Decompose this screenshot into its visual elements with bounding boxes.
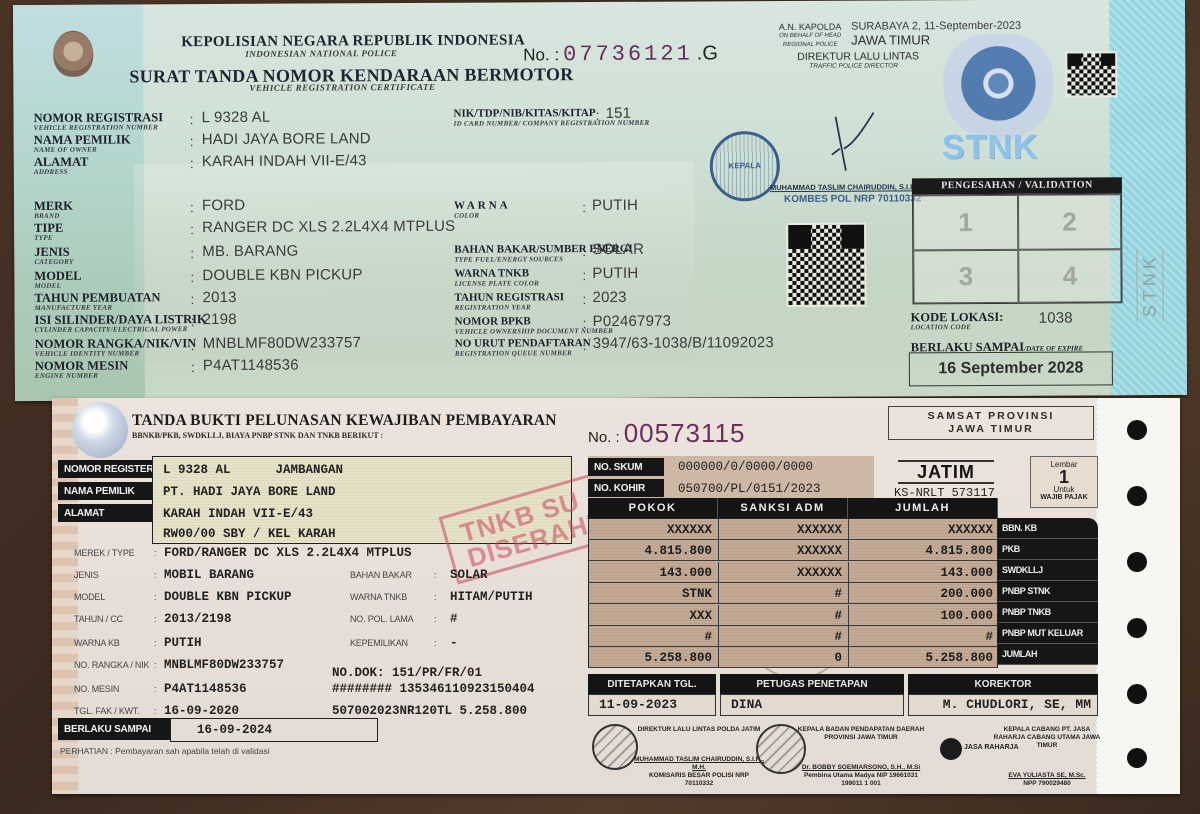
field-colon: : (434, 614, 436, 624)
field-label-en: VEHICLE OWNERSHIP DOCUMENT NUMBER (455, 327, 613, 336)
officer-value: DINA (720, 694, 904, 716)
masked-code-line: ######## 135346110923150404 (332, 682, 535, 696)
field-colon: : (582, 291, 586, 307)
payment-table: XXXXXXXXXXXXXXXXXX4.815.800XXXXXX4.815.8… (588, 518, 998, 668)
vehicle-field-label: JENIS (74, 570, 99, 580)
field-label-en: CYLINDER CAPACITY/ELECTRICAL POWER (35, 325, 207, 334)
vehicle-field-value: 16-09-2020 (164, 704, 239, 718)
field-label-en: VEHICLE REGISTRATION NUMBER (34, 123, 164, 132)
field-value: PUTIH (592, 197, 638, 214)
field-value: 2023 (592, 289, 626, 306)
location-code-label: KODE LOKASI:LOCATION CODE (911, 312, 1004, 331)
doc-number-value: 07736121 (563, 42, 693, 68)
stnk-card: KEPOLISIAN NEGARA REPUBLIK INDONESIA IND… (13, 0, 1187, 401)
vehicle-field-label: TGL. FAK / KWT. (74, 706, 140, 716)
field-label-text: MERK (34, 199, 73, 213)
field-label-text: TIPE (34, 221, 63, 235)
vehicle-field-label: NO. MESIN (74, 684, 119, 694)
field-value: P4AT1148536 (203, 357, 299, 375)
signatory-rank: KOMBES POL NRP 70110332 (784, 193, 922, 205)
owner-line-address-2: RW00/00 SBY / KEL KARAH (163, 527, 336, 541)
vehicle-field-label: WARNA TNKB (350, 592, 407, 602)
cell-sanksi: # (719, 583, 849, 604)
skum-value: 000000/0/0000/0000 (678, 460, 813, 474)
doc-number-suffix: .G (697, 42, 718, 65)
document-title-en: VEHICLE REGISTRATION CERTIFICATE (249, 82, 435, 93)
cell-pokok: XXX (589, 605, 719, 626)
receipt-number: No. : 00573115 (588, 418, 745, 449)
field-colon: : (154, 548, 156, 558)
table-row: STNK#200.000 (589, 583, 997, 604)
table-row: ### (589, 626, 997, 647)
field-label-en: REGISTRATION YEAR (455, 303, 565, 312)
cell-jumlah: 5.258.800 (849, 647, 999, 668)
vehicle-field-value: FORD/RANGER DC XLS 2.2L4X4 MTPLUS (164, 546, 412, 560)
row-category-label: PKB (998, 539, 1098, 560)
vehicle-field-label: TAHUN / CC (74, 614, 123, 624)
validation-cell-4: 4 (1018, 249, 1121, 303)
col-header-sanksi: SANKSI ADM (718, 498, 848, 518)
vehicle-field-value: DOUBLE KBN PICKUP (164, 590, 292, 604)
row-category-label: JUMLAH (998, 644, 1098, 665)
field-colon: : (154, 660, 156, 670)
corrector-label: KOREKTOR (908, 674, 1098, 694)
field-colon: : (190, 111, 194, 127)
field-label-en: TYPE (34, 234, 63, 242)
field-label: MODELMODEL (34, 271, 81, 290)
row-category-label: PNBP TNKB (998, 602, 1098, 623)
skum-label: NO. SKUM (588, 458, 664, 476)
field-value: MB. BARANG (202, 243, 298, 261)
cell-jumlah: 143.000 (849, 562, 999, 583)
field-label-en: MANUFACTURE YEAR (35, 303, 161, 312)
table-row: XXXXXXXXXXXXXXXXXX (589, 519, 997, 540)
tractor-feed-strip (1096, 398, 1180, 794)
field-colon: : (190, 199, 194, 215)
field-label: ISI SILINDER/DAYA LISTRIKCYLINDER CAPACI… (35, 314, 207, 334)
field-colon: : (434, 638, 436, 648)
payment-receipt: TANDA BUKTI PELUNASAN KEWAJIBAN PEMBAYAR… (52, 398, 1180, 794)
officer-label: PETUGAS PENETAPAN (720, 674, 904, 694)
cell-pokok: STNK (589, 583, 719, 604)
owner-line-register: L 9328 AL JAMBANGAN (163, 463, 343, 477)
jasa-raharja-logo-icon (940, 738, 962, 760)
field-colon: : (190, 133, 194, 149)
row-category-label: PNBP MUT KELUAR (998, 623, 1098, 644)
field-colon: : (596, 107, 600, 123)
field-value: RANGER DC XLS 2.2L4X4 MTPLUS (202, 218, 455, 236)
document-number-line: NO.DOK: 151/PR/FR/01 (332, 666, 482, 680)
vehicle-field-value: PUTIH (164, 636, 202, 650)
cell-pokok: # (589, 626, 719, 647)
cell-jumlah: 100.000 (849, 605, 999, 626)
field-label: NO URUT PENDAFTARANREGISTRATION QUEUE NU… (455, 338, 591, 358)
field-label-en: ENGINE NUMBER (35, 371, 128, 379)
field-value: P02467973 (593, 313, 672, 330)
field-label: ALAMATADDRESS (34, 157, 89, 176)
field-value: MNBLMF80DW233757 (203, 334, 361, 352)
cell-sanksi: XXXXXX (719, 519, 849, 540)
vehicle-field-value: SOLAR (450, 568, 488, 582)
payment-category-labels: BBN. KBPKBSWDKLLJPNBP STNKPNBP TNKBPNBP … (998, 518, 1098, 668)
vehicle-field-value: # (450, 612, 458, 626)
receipt-number-value: 00573115 (624, 418, 746, 449)
field-colon: : (583, 337, 587, 353)
vehicle-field-label: NO. POL. LAMA (350, 614, 413, 624)
field-label-en: ADDRESS (34, 168, 89, 176)
cell-sanksi: 0 (719, 647, 849, 668)
field-label-text: WARNA TNKB (454, 267, 529, 279)
field-colon: : (190, 269, 194, 285)
valid-until-label: BERLAKU SAMPAI (58, 718, 170, 740)
cell-sanksi: XXXXXX (719, 562, 849, 583)
row-category-label: BBN. KB (998, 518, 1098, 539)
corrector-value: M. CHUDLORI, SE, MM (908, 694, 1098, 716)
receipt-subtitle: BBNKB/PKB, SWDKLLJ, BIAYA PNBP STNK DAN … (132, 431, 383, 440)
owner-line-name: PT. HADI JAYA BORE LAND (163, 485, 336, 499)
set-date-label: DITETAPKAN TGL. (588, 674, 716, 694)
field-label-text: MODEL (34, 269, 81, 283)
table-row: 143.000XXXXXX143.000 (589, 562, 997, 583)
field-colon: : (154, 570, 156, 580)
validation-header: PENGESAHAN / VALIDATION (912, 177, 1122, 194)
field-label: WARNA TNKBLICENSE PLATE COLOR (454, 268, 539, 287)
kohir-label: NO. KOHIR (588, 479, 664, 497)
samsat-box: SAMSAT PROVINSI JAWA TIMUR (888, 406, 1094, 440)
police-emblem-icon (53, 31, 93, 77)
field-label: JENISCATEGORY (34, 247, 73, 266)
document-number: No. : 07736121 .G (523, 41, 718, 67)
owner-line-address: KARAH INDAH VII-E/43 (163, 507, 313, 521)
field-label-text: TAHUN REGISTRASI (454, 291, 564, 304)
field-label-text: NO URUT PENDAFTARAN (455, 337, 591, 350)
field-colon: : (190, 245, 194, 261)
director-title-en: TRAFFIC POLICE DIRECTOR (809, 62, 898, 69)
field-label: MERKBRAND (34, 201, 73, 220)
cell-sanksi: # (719, 626, 849, 647)
field-value: FORD (202, 197, 245, 214)
vehicle-field-label: KEPEMILIKAN (350, 638, 408, 648)
cell-pokok: 4.815.800 (589, 540, 719, 561)
field-value: KARAH INDAH VII-E/43 (202, 152, 367, 170)
field-label-en: CATEGORY (34, 258, 73, 266)
field-label: TAHUN REGISTRASIREGISTRATION YEAR (454, 292, 564, 312)
signature-block-revenue: KEPALA BADAN PENDAPATAN DAERAH PROVINSI … (796, 726, 926, 788)
signature-icon (814, 109, 884, 179)
institution-name-en: INDONESIAN NATIONAL POLICE (245, 48, 397, 59)
qr-code-large (786, 223, 866, 307)
doc-number-label: No. : (523, 45, 559, 65)
field-value: SOLAR (592, 241, 644, 258)
field-colon: : (191, 313, 195, 329)
cell-sanksi: # (719, 605, 849, 626)
field-value: PUTIH (592, 265, 638, 282)
stnk-fields-right: NIK/TDP/NIB/KITAS/KITAPID CARD NUMBER/ C… (13, 0, 1185, 5)
stnk-fields-left: NOMOR REGISTRASIVEHICLE REGISTRATION NUM… (13, 0, 1185, 5)
field-colon: : (583, 315, 587, 331)
field-label-text: NIK/TDP/NIB/KITAS/KITAP (454, 107, 596, 120)
issue-city-date: SURABAYA 2, 11-September-2023 (851, 20, 1021, 33)
valid-until-date: 16-09-2024 (197, 723, 272, 737)
table-row: 5.258.80005.258.800 (589, 647, 997, 668)
validation-cell-2: 2 (1018, 194, 1121, 250)
field-label-en: REGISTRATION QUEUE NUMBER (455, 349, 591, 358)
kohir-value: 050700/PL/0151/2023 (678, 482, 821, 496)
on-behalf-block: A.N. KAPOLDA ON BEHALF OF HEAD REGIONAL … (775, 23, 845, 50)
feed-hole (1127, 420, 1147, 440)
field-value: 3947/63-1038/B/11092023 (593, 334, 774, 352)
feed-hole (1127, 684, 1147, 704)
cell-jumlah: XXXXXX (849, 519, 999, 540)
validation-grid: 1 2 3 4 (912, 193, 1123, 304)
feed-hole (1127, 748, 1147, 768)
table-row: XXX#100.000 (589, 605, 997, 626)
field-value: HADI JAYA BORE LAND (202, 130, 371, 148)
location-code-value: 1038 (1039, 310, 1073, 327)
field-colon: : (190, 221, 194, 237)
stnk-side-print: STNK (1136, 249, 1163, 321)
vehicle-field-label: NO. RANGKA / NIK (74, 660, 149, 670)
director-title: DIREKTUR LALU LINTAS (797, 50, 919, 63)
field-label: NOMOR REGISTRASIVEHICLE REGISTRATION NUM… (34, 112, 164, 132)
field-label: NOMOR MESINENGINE NUMBER (35, 360, 129, 379)
expiry-date: 16 September 2028 (909, 351, 1113, 386)
owner-label-register: NOMOR REGISTER (58, 460, 154, 478)
field-label-en: VEHICLE IDENTITY NUMBER (35, 349, 197, 358)
cell-jumlah: # (849, 626, 999, 647)
feed-hole (1127, 486, 1147, 506)
cell-pokok: 5.258.800 (589, 647, 719, 668)
feed-hole (1127, 552, 1147, 572)
field-label: NOMOR RANGKA/NIK/VINVEHICLE IDENTITY NUM… (35, 338, 197, 358)
copy-indicator: Lembar 1 Untuk WAJIB PAJAK (1030, 456, 1098, 508)
vehicle-field-label: MEREK / TYPE (74, 548, 134, 558)
field-label-en: COLOR (454, 211, 511, 219)
vehicle-field-value: 2013/2198 (164, 612, 232, 626)
cell-pokok: 143.000 (589, 562, 719, 583)
cell-pokok: XXXXXX (589, 519, 719, 540)
field-colon: : (154, 592, 156, 602)
field-colon: : (582, 243, 586, 259)
field-label-text: ALAMAT (34, 155, 89, 169)
field-label: WARNACOLOR (454, 200, 511, 219)
field-colon: : (191, 359, 195, 375)
field-value: 151 (606, 105, 632, 122)
field-colon: : (190, 291, 194, 307)
field-colon: : (154, 706, 156, 716)
owner-label-name: NAMA PEMILIK (58, 482, 154, 500)
field-label: NAMA PEMILIKNAME OF OWNER (34, 134, 131, 154)
table-row: 4.815.800XXXXXX4.815.800 (589, 540, 997, 561)
owner-label-address: ALAMAT (58, 504, 154, 522)
qr-code-small (1065, 51, 1117, 97)
valid-until-box: 16-09-2024 (170, 718, 378, 742)
field-colon: : (582, 199, 586, 215)
cell-sanksi: XXXXXX (719, 540, 849, 561)
field-colon: : (154, 684, 156, 694)
validation-cell-1: 1 (913, 195, 1018, 251)
vehicle-field-value: - (450, 636, 458, 650)
col-header-pokok: POKOK (588, 498, 718, 518)
signature-block-police: DIREKTUR LALU LINTAS POLDA JATIM MUHAMMA… (634, 726, 764, 788)
row-category-label: SWDKLLJ (998, 560, 1098, 581)
jatim-logo: JATIM (898, 460, 994, 484)
field-value: 2013 (202, 289, 236, 306)
field-label-en: NAME OF OWNER (34, 145, 131, 154)
validation-cell-3: 3 (913, 250, 1018, 304)
field-colon: : (434, 592, 436, 602)
col-header-jumlah: JUMLAH (848, 498, 998, 518)
field-value: 2198 (203, 311, 237, 328)
set-date-value: 11-09-2023 (588, 694, 716, 716)
field-label-en: LICENSE PLATE COLOR (454, 279, 539, 287)
row-category-label: PNBP STNK (998, 581, 1098, 602)
issue-region: JAWA TIMUR (851, 32, 930, 47)
field-label-text: WARNA (454, 199, 511, 211)
field-value: DOUBLE KBN PICKUP (202, 266, 362, 284)
vehicle-field-value: P4AT1148536 (164, 682, 247, 696)
vehicle-field-label: MODEL (74, 592, 105, 602)
feed-hole (1127, 618, 1147, 638)
field-colon: : (190, 155, 194, 171)
signature-block-jasa-raharja: KEPALA CABANG PT. JASA RAHARJA CABANG UT… (992, 726, 1102, 788)
field-colon: : (191, 337, 195, 353)
field-colon: : (154, 614, 156, 624)
police-stamp-icon (592, 724, 638, 770)
field-label-text: NOMOR BPKB (455, 315, 531, 327)
vehicle-field-value: MNBLMF80DW233757 (164, 658, 284, 672)
cell-jumlah: 200.000 (849, 583, 999, 604)
validation-notice: PERHATIAN : Pembayaran sah apabila telah… (60, 746, 270, 756)
payment-code-line: 507002023NR120TL 5.258.800 (332, 704, 527, 718)
vehicle-field-label: WARNA KB (74, 638, 120, 648)
field-label-en: MODEL (34, 282, 81, 290)
receipt-title: TANDA BUKTI PELUNASAN KEWAJIBAN PEMBAYAR… (132, 412, 557, 430)
field-label-en: BRAND (34, 212, 73, 220)
field-colon: : (434, 570, 436, 580)
field-label: TIPETYPE (34, 223, 63, 242)
vehicle-field-value: MOBIL BARANG (164, 568, 254, 582)
cell-jumlah: 4.815.800 (849, 540, 999, 561)
field-colon: : (154, 638, 156, 648)
field-colon: : (582, 267, 586, 283)
vehicle-field-value: HITAM/PUTIH (450, 590, 533, 604)
vehicle-field-label: BAHAN BAKAR (350, 570, 412, 580)
field-label: NOMOR BPKBVEHICLE OWNERSHIP DOCUMENT NUM… (455, 316, 614, 336)
hologram-sticker (72, 402, 128, 458)
field-value: L 9328 AL (202, 109, 271, 126)
field-label: TAHUN PEMBUATANMANUFACTURE YEAR (34, 292, 160, 312)
stnk-hologram-text: STNK (942, 128, 1039, 168)
